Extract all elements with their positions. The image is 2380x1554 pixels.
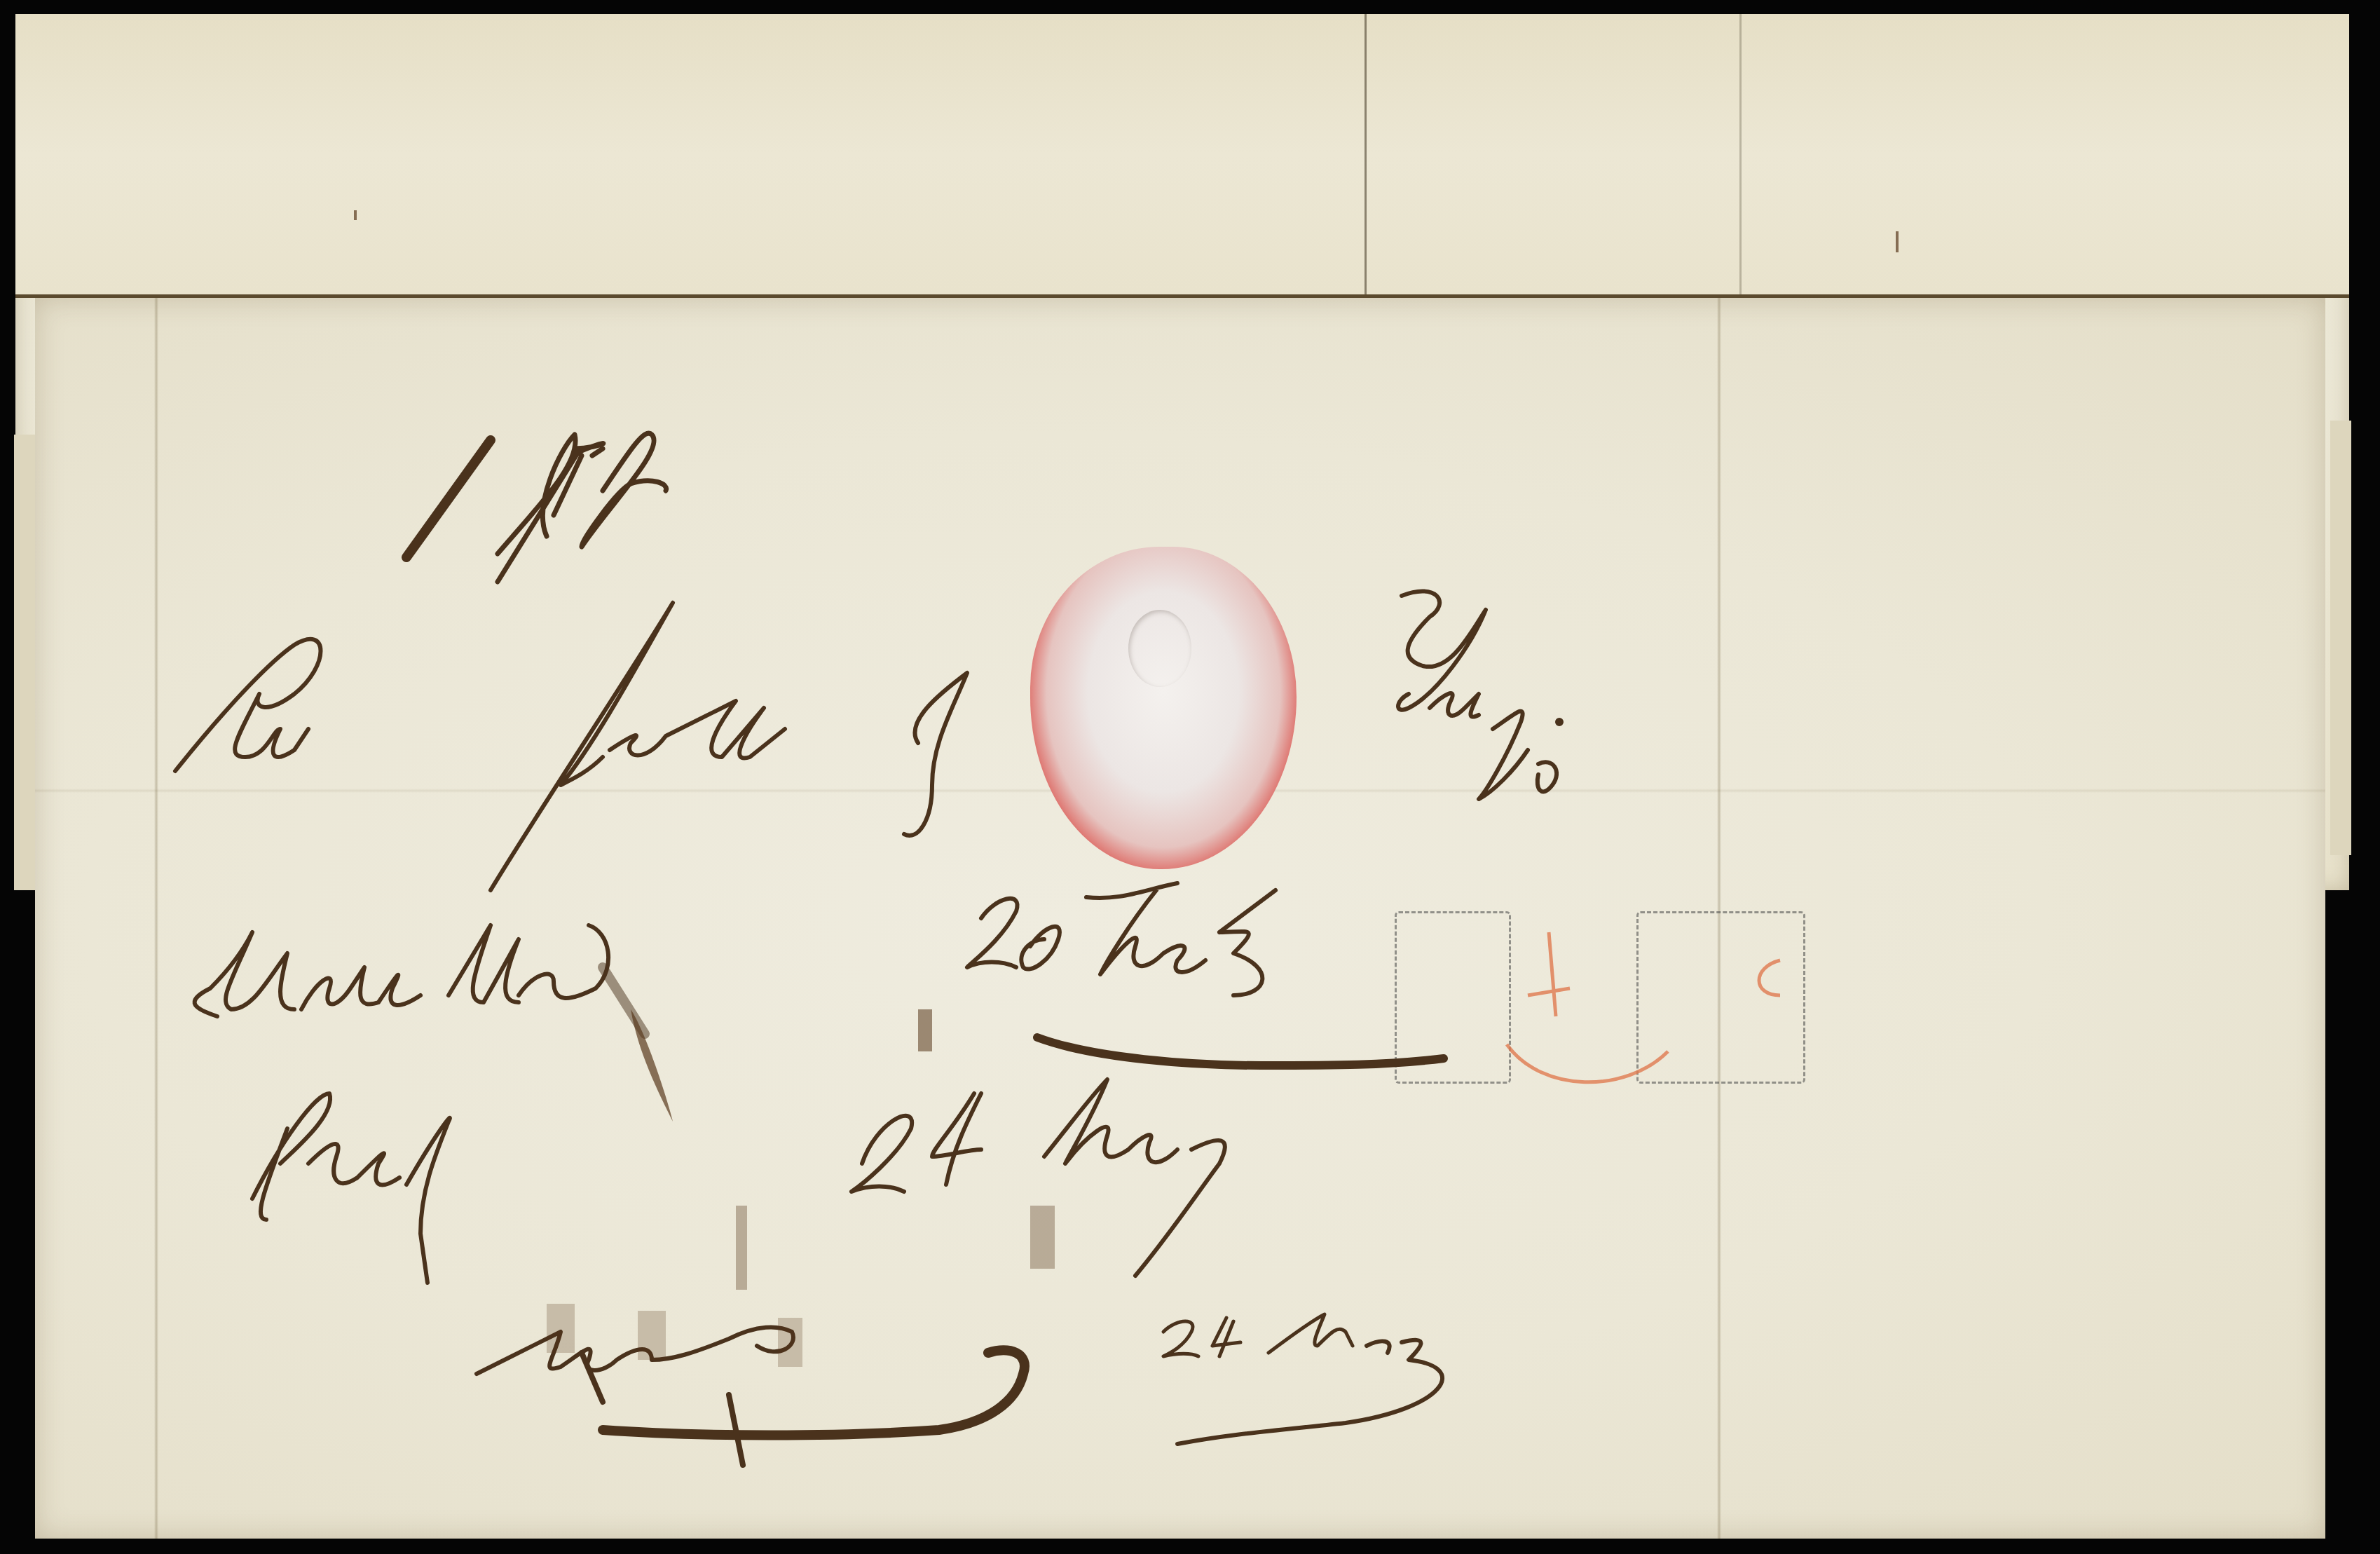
russell-handwriting xyxy=(175,603,967,890)
answered-date-24-may-handwriting xyxy=(1163,1314,1442,1444)
year-1848-handwriting xyxy=(406,433,666,582)
handwritten-docketing xyxy=(0,0,2380,1554)
recd-handwriting xyxy=(252,1093,450,1283)
date-20-march-handwriting xyxy=(967,883,1444,1065)
singo-handwriting xyxy=(1398,591,1561,799)
red-postmark-marks xyxy=(1507,932,1780,1082)
manilla-handwriting xyxy=(195,925,645,1034)
ink-blots xyxy=(354,210,1899,1367)
